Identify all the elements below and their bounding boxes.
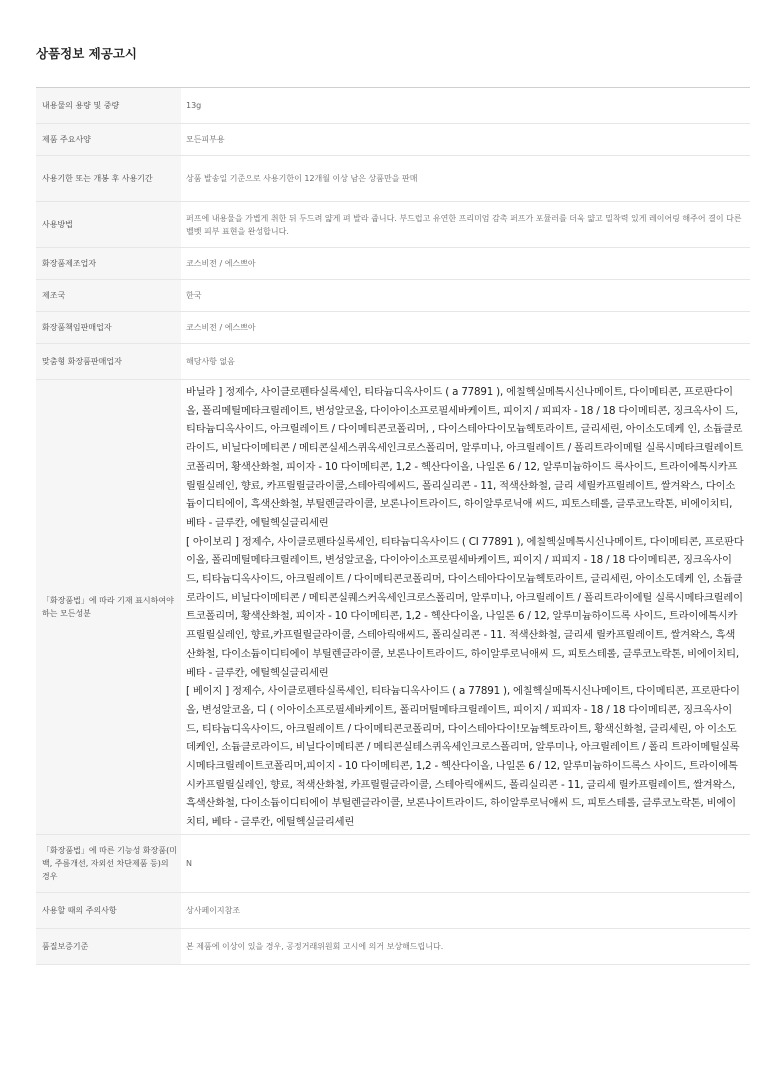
row-label: 내용물의 용량 및 중량	[36, 88, 181, 124]
table-row-custom-seller: 맞춤형 화장품판매업자 해당사항 없음	[36, 344, 750, 380]
ingredients-ivory: [ 아이보리 ] 정제수, 사이클로펜타실록세인, 티타늄디옥사이드 ( CI …	[186, 533, 744, 683]
table-row-quality: 품질보증기준 본 제품에 이상이 있을 경우, 공정거래위원회 고시에 의거 보…	[36, 928, 750, 964]
row-value: N	[181, 834, 750, 892]
row-value: 모든피부용	[181, 124, 750, 156]
table-row-spec: 제품 주요사양 모든피부용	[36, 124, 750, 156]
row-label: 화장품제조업자	[36, 248, 181, 280]
table-row-manufacturer: 화장품제조업자 코스비전 / 에스쁘아	[36, 248, 750, 280]
ingredients-beige: [ 베이지 ] 정제수, 사이클로펜타실록세인, 티타늄디옥사이드 ( a 77…	[186, 682, 744, 832]
row-label: 사용할 때의 주의사항	[36, 892, 181, 928]
row-label: 품질보증기준	[36, 928, 181, 964]
table-row-capacity: 내용물의 용량 및 중량 13g	[36, 88, 750, 124]
row-label: 화장품책임판매업자	[36, 312, 181, 344]
table-row-distributor: 화장품책임판매업자 코스비전 / 에스쁘아	[36, 312, 750, 344]
table-row-usage: 사용방법 퍼프에 내용물을 가볍게 취한 뒤 두드려 얇게 펴 발라 줍니다. …	[36, 202, 750, 248]
row-label: 「화장품법」에 따라 기재 표시하여야 하는 모든성분	[36, 380, 181, 835]
row-value: 13g	[181, 88, 750, 124]
table-row-country: 제조국 한국	[36, 280, 750, 312]
ingredients-value: 바닐라 ] 정제수, 사이클로펜타실록세인, 티타늄디옥사이드 ( a 7789…	[181, 380, 750, 835]
row-label: 「화장품법」에 따른 기능성 화장품(미백, 주름개선, 자외선 차단제품 등)…	[36, 834, 181, 892]
product-info-table: 내용물의 용량 및 중량 13g 제품 주요사양 모든피부용 사용기한 또는 개…	[36, 87, 750, 965]
row-label: 제품 주요사양	[36, 124, 181, 156]
row-label: 사용기한 또는 개봉 후 사용기간	[36, 156, 181, 202]
row-value: 코스비전 / 에스쁘아	[181, 312, 750, 344]
row-label: 사용방법	[36, 202, 181, 248]
row-value: 퍼프에 내용물을 가볍게 취한 뒤 두드려 얇게 펴 발라 줍니다. 부드럽고 …	[181, 202, 750, 248]
row-value: 해당사항 없음	[181, 344, 750, 380]
table-row-ingredients: 「화장품법」에 따라 기재 표시하여야 하는 모든성분 바닐라 ] 정제수, 사…	[36, 380, 750, 835]
row-value: 본 제품에 이상이 있을 경우, 공정거래위원회 고시에 의거 보상해드립니다.	[181, 928, 750, 964]
table-row-expiry: 사용기한 또는 개봉 후 사용기간 상품 발송일 기준으로 사용기한이 12개월…	[36, 156, 750, 202]
row-value: 상품 발송일 기준으로 사용기한이 12개월 이상 남은 상품만을 판매	[181, 156, 750, 202]
table-row-functional: 「화장품법」에 따른 기능성 화장품(미백, 주름개선, 자외선 차단제품 등)…	[36, 834, 750, 892]
page-title: 상품정보 제공고시	[36, 0, 750, 87]
row-value: 코스비전 / 에스쁘아	[181, 248, 750, 280]
row-value: 상사페이지참조	[181, 892, 750, 928]
row-label: 제조국	[36, 280, 181, 312]
product-info-notice: 상품정보 제공고시 내용물의 용량 및 중량 13g 제품 주요사양 모든피부용…	[0, 0, 780, 965]
table-row-caution: 사용할 때의 주의사항 상사페이지참조	[36, 892, 750, 928]
row-label: 맞춤형 화장품판매업자	[36, 344, 181, 380]
row-value: 한국	[181, 280, 750, 312]
ingredients-vanilla: 바닐라 ] 정제수, 사이클로펜타실록세인, 티타늄디옥사이드 ( a 7789…	[186, 383, 744, 533]
